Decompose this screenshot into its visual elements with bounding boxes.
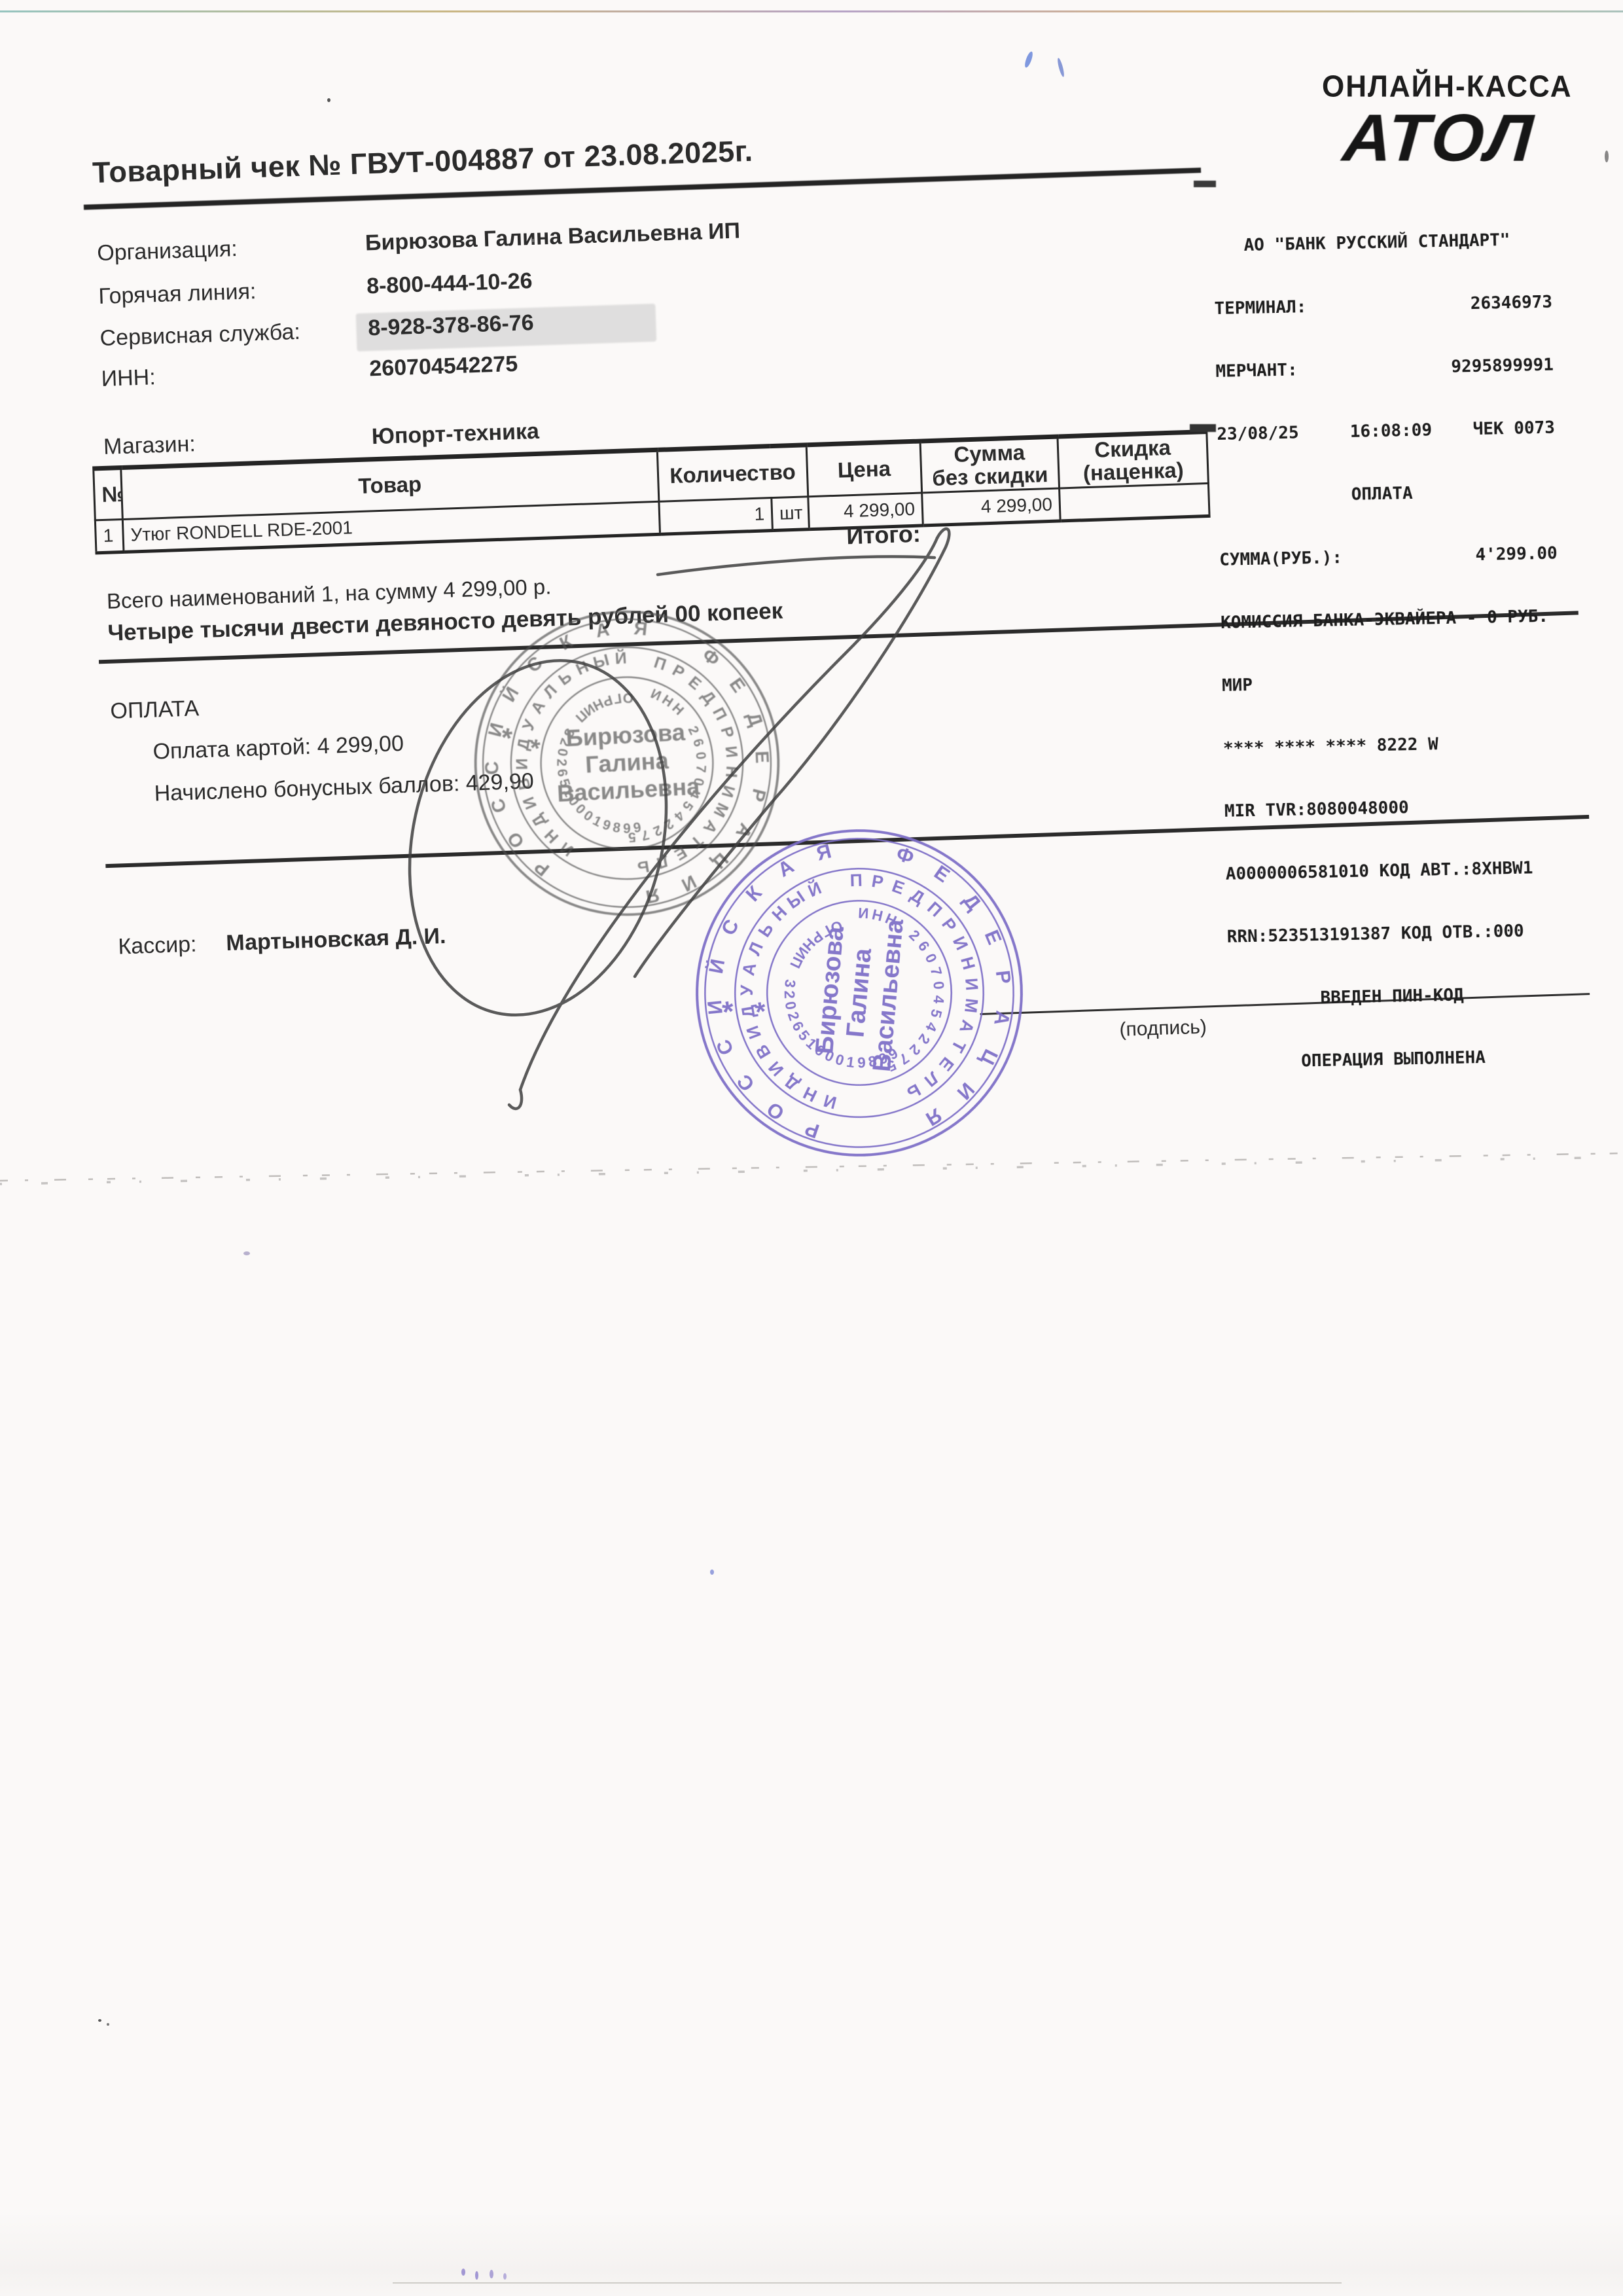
- ink-speck: [1605, 151, 1609, 162]
- document-title: Товарный чек № ГВУТ-004887 от 23.08.2025…: [92, 134, 753, 190]
- shop-value: Юпорт-техника: [371, 419, 539, 450]
- shop-label: Магазин:: [103, 431, 196, 460]
- inn-value: 260704542275: [369, 351, 518, 382]
- slip-line: КОМИССИЯ БАНКА-ЭКВАЙЕРА - 0 РУБ.: [1221, 605, 1588, 634]
- stamp-ink-dot: [490, 2270, 493, 2278]
- hotline-value: 8-800-444-10-26: [366, 268, 533, 299]
- hotline-label: Горячая линия:: [98, 279, 257, 310]
- slip-line: МИР: [1222, 668, 1589, 696]
- paper-crease: [0, 1139, 1623, 1198]
- ink-speck: [710, 1570, 714, 1575]
- payment-section-title: ОПЛАТА: [110, 696, 200, 724]
- cashier-label: Кассир:: [118, 932, 197, 960]
- scan-bottom-shadow: [0, 2212, 1623, 2296]
- slip-line: A0000006581010 КОД АВТ.:8XHBW1: [1226, 857, 1593, 885]
- item-num: 1: [95, 519, 124, 552]
- slip-line: ОПЕРАЦИЯ ВЫПОЛНЕНА: [1229, 1045, 1596, 1073]
- ink-speck: [327, 98, 330, 102]
- slip-line: АО "БАНК РУССКИЙ СТАНДАРТ": [1213, 228, 1580, 257]
- org-value: Бирюзова Галина Васильевна ИП: [365, 218, 740, 256]
- slip-line: ВВЕДЕН ПИН-КОД: [1228, 982, 1595, 1011]
- slip-line: ТЕРМИНАЛ: 26346973: [1214, 291, 1581, 319]
- inn-label: ИНН:: [101, 365, 156, 392]
- slip-line: МЕРЧАНТ: 9295899991: [1215, 354, 1582, 382]
- service-label: Сервисная служба:: [99, 319, 300, 351]
- slip-edge-mark-1: [1194, 181, 1216, 187]
- col-num: №: [94, 468, 123, 520]
- slip-line: RRN:523513191387 КОД ОТВ.:000: [1226, 920, 1594, 948]
- slip-line: **** **** **** 8222 W: [1223, 731, 1590, 759]
- org-label: Организация:: [97, 236, 238, 266]
- slip-line: СУММА(РУБ.): 4'299.00: [1219, 543, 1586, 571]
- slip-line: ОПЛАТА: [1218, 480, 1585, 508]
- ink-speck: [531, 239, 535, 242]
- ink-speck: [243, 1251, 250, 1255]
- slip-edge-mark-2: [1190, 424, 1216, 432]
- stamp-ink-dot: [461, 2269, 465, 2276]
- slip-line: MIR TVR:8080048000: [1224, 794, 1592, 822]
- stamp-ink-dot: [503, 2273, 507, 2280]
- ink-speck: [98, 2019, 101, 2022]
- item-discount: [1060, 483, 1210, 521]
- stamp-ink-dot: [475, 2271, 478, 2280]
- signature-caption: (подпись): [1119, 1016, 1207, 1041]
- col-discount: Скидка (наценка): [1058, 431, 1208, 488]
- slip-line: 23/08/25 16:08:09 ЧЕК 0073: [1217, 417, 1584, 445]
- ink-speck: [107, 2023, 109, 2026]
- handwritten-signature: [353, 484, 982, 1139]
- bank-slip: АО "БАНК РУССКИЙ СТАНДАРТ" ТЕРМИНАЛ: 263…: [1212, 187, 1597, 1094]
